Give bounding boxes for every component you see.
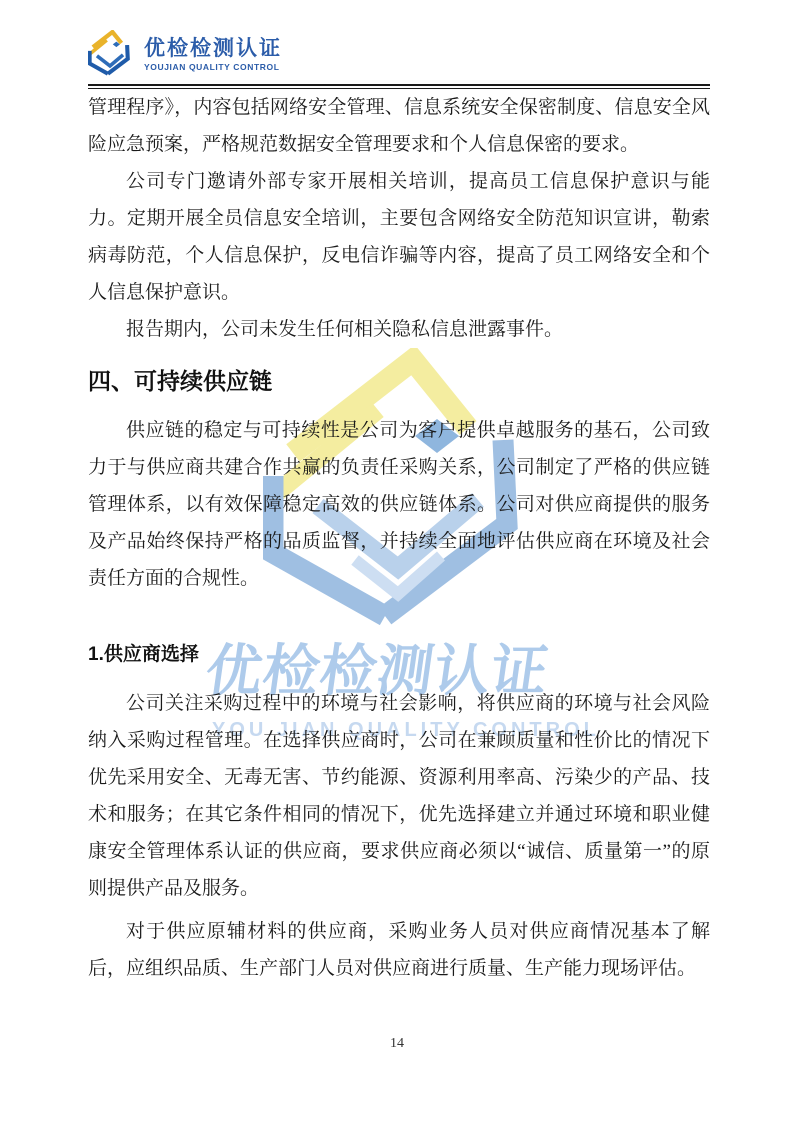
- cube-logo-icon: [88, 30, 132, 79]
- document-body: 管理程序》，内容包括网络安全管理、信息系统安全保密制度、信息安全风险应急预案，严…: [88, 89, 710, 987]
- paragraph: 对于供应原辅材料的供应商，采购业务人员对供应商情况基本了解后，应组织品质、生产部…: [88, 913, 710, 987]
- logo-name-cn: 优检检测认证: [144, 38, 282, 59]
- page-header: 优检检测认证 YOUJIAN QUALITY CONTROL: [88, 30, 710, 79]
- page-number: 14: [0, 1036, 794, 1052]
- paragraph: 公司专门邀请外部专家开展相关培训，提高员工信息保护意识与能力。定期开展全员信息安…: [88, 163, 710, 311]
- logo-name-en: YOUJIAN QUALITY CONTROL: [144, 63, 282, 72]
- paragraph: 报告期内，公司未发生任何相关隐私信息泄露事件。: [88, 311, 710, 348]
- paragraph-continuation: 管理程序》，内容包括网络安全管理、信息系统安全保密制度、信息安全风险应急预案，严…: [88, 89, 710, 163]
- logo-text: 优检检测认证 YOUJIAN QUALITY CONTROL: [144, 38, 282, 72]
- paragraph: 公司关注采购过程中的环境与社会影响，将供应商的环境与社会风险纳入采购过程管理。在…: [88, 685, 710, 907]
- company-logo: 优检检测认证 YOUJIAN QUALITY CONTROL: [88, 30, 710, 79]
- section-heading: 四、可持续供应链: [88, 364, 710, 398]
- paragraph: 供应链的稳定与可持续性是公司为客户提供卓越服务的基石，公司致力于与供应商共建合作…: [88, 412, 710, 597]
- document-page: 优检检测认证 YOU JIAN QUALITY CONTROL 优检检测认证 Y…: [0, 0, 794, 1123]
- subsection-heading: 1.供应商选择: [88, 641, 710, 669]
